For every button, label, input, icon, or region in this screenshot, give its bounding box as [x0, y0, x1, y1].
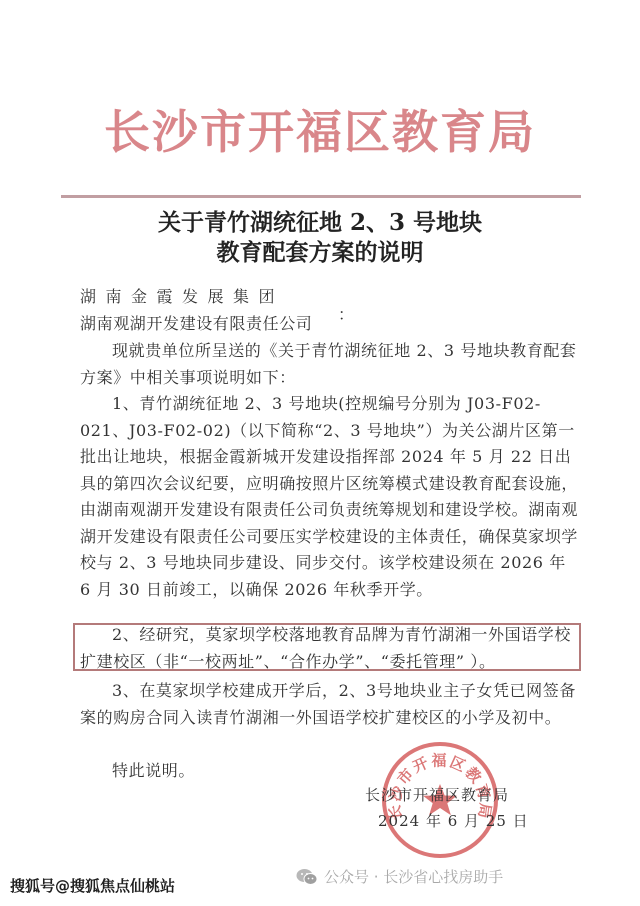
wechat-icon — [296, 868, 318, 886]
title-line-1: 关于青竹湖统征地 2、3 号地块 — [0, 208, 640, 238]
recipient-colon: ： — [338, 302, 354, 325]
agency-letterhead: 长沙市开福区教育局 — [0, 104, 640, 160]
item-3-paragraph: 3、在莫家坝学校建成开学后，2、3号地块业主子女凭已网签备案的购房合同入读青竹湖… — [80, 678, 580, 731]
signature-organization: 长沙市开福区教育局 — [365, 784, 509, 805]
document-page: 长沙市开福区教育局 关于青竹湖统征地 2、3 号地块 教育配套方案的说明 湖南金… — [0, 0, 640, 906]
item-2-paragraph: 2、经研究，莫家坝学校落地教育品牌为青竹湖湘一外国语学校扩建校区（非“一校两址”… — [80, 622, 580, 675]
letterhead-divider — [61, 195, 581, 198]
title-line-2: 教育配套方案的说明 — [0, 238, 640, 268]
recipient-2: 湖南观湖开发建设有限责任公司 — [80, 311, 580, 338]
document-title: 关于青竹湖统征地 2、3 号地块 教育配套方案的说明 — [0, 208, 640, 268]
intro-paragraph: 现就贵单位所呈送的《关于青竹湖统征地 2、3 号地块教育配套方案》中相关事项说明… — [80, 338, 580, 391]
recipient-1: 湖南金霞发展集团 — [80, 284, 580, 311]
signature-date: 2024 年 6 月 25 日 — [378, 810, 529, 831]
wechat-watermark: 公众号 · 长沙省心找房助手 — [296, 866, 503, 887]
recipients: 湖南金霞发展集团 湖南观湖开发建设有限责任公司 — [80, 284, 580, 337]
item-1-paragraph: 1、青竹湖统征地 2、3 号地块(控规编号分别为 J03-F02-021、J03… — [80, 391, 580, 603]
closing-line: 特此说明。 — [80, 758, 580, 785]
wechat-account-label: 公众号 · 长沙省心找房助手 — [324, 866, 503, 887]
sohu-watermark: 搜狐号@搜狐焦点仙桃站 — [10, 875, 175, 896]
